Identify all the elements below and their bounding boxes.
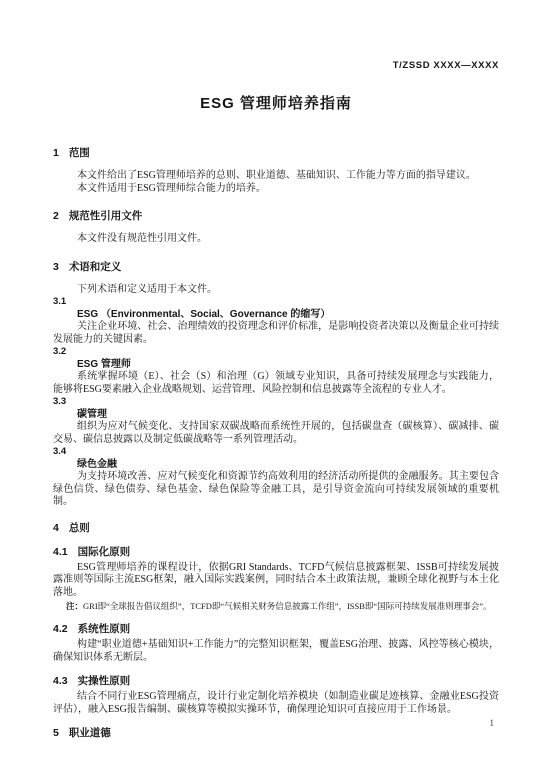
clause-heading: 5职业道德	[53, 726, 499, 740]
subclause-title: 实操性原则	[78, 675, 131, 687]
clause-heading: 1范围	[53, 146, 499, 160]
term-name: ESG （Environmental、Social、Governance 的缩写…	[53, 309, 499, 322]
clause-2: 2规范性引用文件 本文件没有规范性引用文件。	[53, 209, 499, 246]
term-name: ESG 管理师	[53, 359, 499, 372]
clause-title: 术语和定义	[69, 261, 122, 273]
subclause-title: 国际化原则	[78, 546, 131, 558]
standard-number: T/ZSSD XXXX—XXXX	[53, 0, 499, 72]
clause-title: 规范性引用文件	[69, 210, 143, 222]
clause-title: 职业道德	[69, 727, 111, 739]
document-title: ESG 管理师培养指南	[53, 93, 499, 114]
note-text: GRI即“全球报告倡议组织”，TCFD即“气候相关财务信息披露工作组”，ISSB…	[83, 601, 491, 611]
term-block-3-1: 3.1 ESG （Environmental、Social、Governance…	[53, 296, 499, 346]
clause-5: 5职业道德	[53, 726, 499, 740]
term-definition: 系统掌握环境（E）、社会（S）和治理（G）领域专业知识，具备可持续发展理念与实践…	[53, 371, 499, 396]
term-block-3-4: 3.4 绿色金融 为支持环境改善、应对气候变化和资源节约高效利用的经济活动所提供…	[53, 446, 499, 509]
clause-heading: 3术语和定义	[53, 260, 499, 274]
clause-heading: 4总则	[53, 521, 499, 535]
clause-1: 1范围 本文件给出了ESG管理师培养的总则、职业道德、基础知识、工作能力等方面的…	[53, 146, 499, 195]
subclause-number: 4.3	[53, 675, 68, 687]
paragraph: 本文件给出了ESG管理师培养的总则、职业道德、基础知识、工作能力等方面的指导建议…	[53, 170, 499, 183]
page-number: 1	[490, 718, 495, 729]
subclause-4-2: 4.2系统性原则 构建“职业道德+基础知识+工作能力”的完整知识框架，覆盖ESG…	[53, 622, 499, 664]
paragraph: 构建“职业道德+基础知识+工作能力”的完整知识框架，覆盖ESG治理、披露、风控等…	[53, 639, 499, 664]
paragraph: 本文件适用于ESG管理师综合能力的培养。	[53, 183, 499, 196]
subclause-heading: 4.3实操性原则	[53, 674, 499, 688]
clause-number: 3	[53, 261, 59, 273]
subclause-heading: 4.2系统性原则	[53, 622, 499, 636]
clause-number: 5	[53, 727, 59, 739]
paragraph: 结合不同行业ESG管理痛点，设计行业定制化培养模块（如制造业碳足迹核算、金融业E…	[53, 691, 499, 716]
term-number: 3.3	[53, 396, 499, 409]
term-block-3-3: 3.3 碳管理 组织为应对气候变化、支持国家双碳战略而系统性开展的，包括碳盘查（…	[53, 396, 499, 446]
subclause-title: 系统性原则	[78, 623, 131, 635]
term-definition: 组织为应对气候变化、支持国家双碳战略而系统性开展的，包括碳盘查（碳核算）、碳减排…	[53, 421, 499, 446]
clause-number: 1	[53, 147, 59, 159]
term-number: 3.2	[53, 346, 499, 359]
term-block-3-2: 3.2 ESG 管理师 系统掌握环境（E）、社会（S）和治理（G）领域专业知识，…	[53, 346, 499, 396]
subclause-heading: 4.1国际化原则	[53, 545, 499, 559]
term-name: 绿色金融	[53, 459, 499, 472]
subclause-number: 4.2	[53, 623, 68, 635]
subclause-4-1: 4.1国际化原则 ESG管理师培养的课程设计，依据GRI Standards、T…	[53, 545, 499, 613]
clause-title: 总则	[69, 522, 90, 534]
term-number: 3.1	[53, 296, 499, 309]
subclause-4-3: 4.3实操性原则 结合不同行业ESG管理痛点，设计行业定制化培养模块（如制造业碳…	[53, 674, 499, 716]
term-definition: 为支持环境改善、应对气候变化和资源节约高效利用的经济活动所提供的金融服务。其主要…	[53, 471, 499, 509]
term-name: 碳管理	[53, 409, 499, 422]
paragraph: 本文件没有规范性引用文件。	[53, 233, 499, 246]
clause-number: 4	[53, 522, 59, 534]
clause-number: 2	[53, 210, 59, 222]
paragraph: 下列术语和定义适用于本文件。	[53, 284, 499, 297]
note: 注：GRI即“全球报告倡议组织”，TCFD即“气候相关财务信息披露工作组”，IS…	[66, 601, 499, 612]
clause-heading: 2规范性引用文件	[53, 209, 499, 223]
clause-3: 3术语和定义 下列术语和定义适用于本文件。 3.1 ESG （Environme…	[53, 260, 499, 509]
document-page: T/ZSSD XXXX—XXXX ESG 管理师培养指南 1范围 本文件给出了E…	[0, 0, 552, 781]
subclause-number: 4.1	[53, 546, 68, 558]
clause-4: 4总则 4.1国际化原则 ESG管理师培养的课程设计，依据GRI Standar…	[53, 521, 499, 717]
paragraph: ESG管理师培养的课程设计，依据GRI Standards、TCFD气候信息披露…	[53, 562, 499, 600]
note-label: 注：	[66, 601, 83, 611]
term-definition: 关注企业环境、社会、治理绩效的投资理念和评价标准，是影响投资者决策以及衡量企业可…	[53, 321, 499, 346]
term-number: 3.4	[53, 446, 499, 459]
clause-title: 范围	[69, 147, 90, 159]
